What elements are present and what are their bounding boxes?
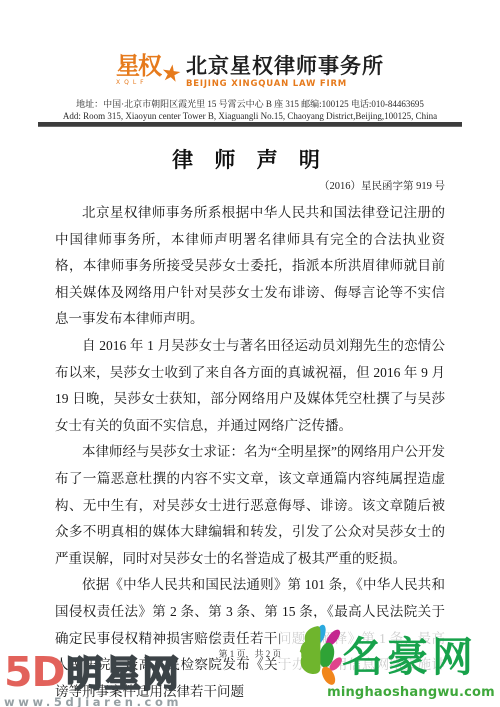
watermark-5d-suffix: 明星网 [67,656,181,694]
firm-name-cn: 北京星权律师事务所 [186,54,384,78]
watermark-5djiaren-brand: 5D 明星网 [4,653,182,694]
header-divider-rule [38,122,462,127]
watermark-5djiaren: 5D 明星网 www.5dJiaren.com [4,653,182,707]
paragraph-3: 本律师经与吴莎女士求证：名为“全明星探”的网络用户公开发布了一篇恶意杜撰的内容不… [55,439,445,572]
document-title: 律 师 声 明 [0,144,500,174]
paragraph-2: 自 2016 年 1 月吴莎女士与著名田径运动员刘翔先生的恋情公布以来，吴莎女士… [55,333,445,439]
firm-address-cn: 地址：中国·北京市朝阳区霞光里 15 号霄云中心 B 座 315 邮编:1001… [0,99,500,110]
firm-address-en: Add: Room 315, Xiaoyun center Tower B, X… [0,111,500,122]
star-icon: ★ [160,61,184,87]
firm-names: 北京星权律师事务所 BEIJING XINGQUAN LAW FIRM [186,54,384,89]
watermark-minghao-brand: 名豪网 [342,635,477,679]
watermark-minghao-row: 名豪网 [288,622,500,692]
paragraph-1: 北京星权律师事务所系根据中华人民共和国法律登记注册的中国律师事务所，本律师声明署… [55,200,445,333]
scanned-lawyer-statement-page: 星权 ★ XQLF 北京星权律师事务所 BEIJING XINGQUAN LAW… [0,0,500,707]
watermark-5d-prefix: 5D [4,653,65,691]
firm-logo-header: 星权 ★ XQLF 北京星权律师事务所 BEIJING XINGQUAN LAW… [0,54,500,94]
firm-address-block: 地址：中国·北京市朝阳区霞光里 15 号霄云中心 B 座 315 邮编:1001… [0,99,500,122]
minghao-flower-face-icon [288,622,342,692]
document-ref-number: （2016）星民函字第 919 号 [319,178,445,193]
xingquan-logo-mark: 星权 ★ XQLF [116,54,178,94]
firm-name-en: BEIJING XINGQUAN LAW FIRM [186,79,384,89]
watermark-minghao: 名豪网 minghaoshangwu.com [288,622,500,700]
watermark-5djiaren-url: www.5dJiaren.com [4,695,182,707]
